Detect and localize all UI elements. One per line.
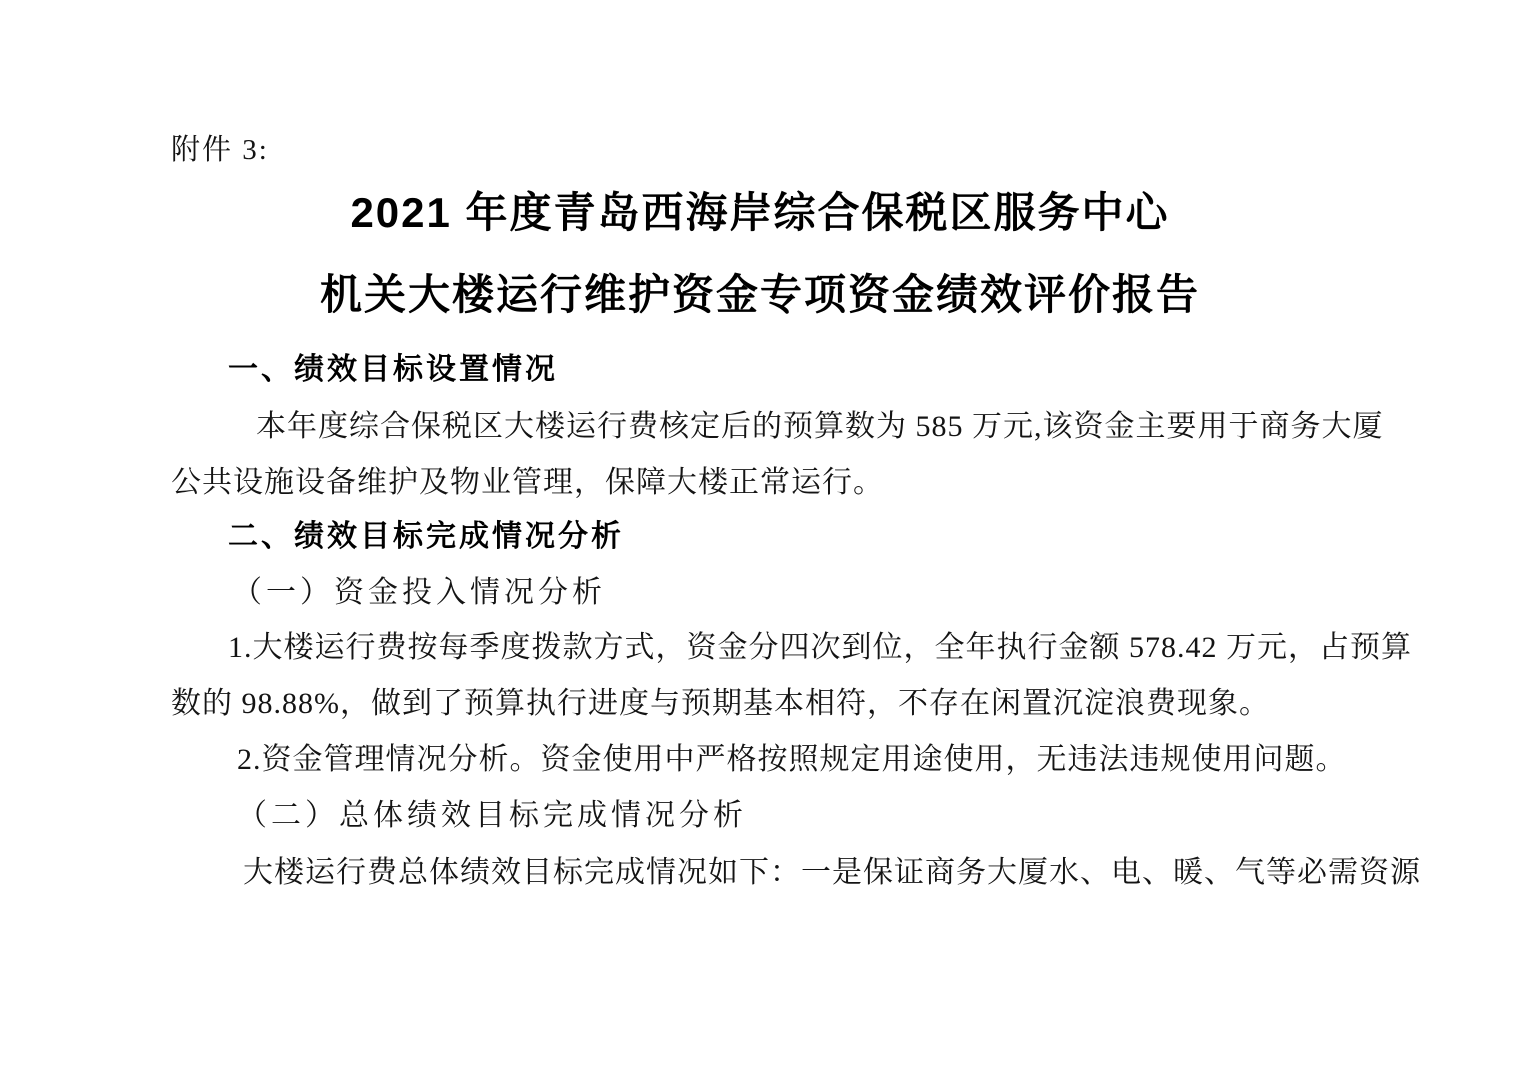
section1-heading: 一、绩效目标设置情况	[228, 352, 558, 388]
section2-subheading-1: （一）资金投入情况分析	[232, 575, 606, 611]
section2-item1-line-2: 数的 98.88%，做到了预算执行进度与预期基本相符，不存在闲置沉淀浪费现象。	[171, 686, 1270, 722]
section2-heading: 二、绩效目标完成情况分析	[228, 519, 624, 555]
document-title-line-2: 机关大楼运行维护资金专项资金绩效评价报告	[0, 270, 1520, 320]
section2-item2-line: 2.资金管理情况分析。资金使用中严格按照规定用途使用，无违法违规使用问题。	[237, 742, 1347, 778]
document-title-line-1: 2021 年度青岛西海岸综合保税区服务中心	[0, 188, 1520, 238]
section1-paragraph-line-2: 公共设施设备维护及物业管理，保障大楼正常运行。	[171, 465, 884, 501]
section1-paragraph-line-1: 本年度综合保税区大楼运行费核定后的预算数为 585 万元,该资金主要用于商务大厦	[256, 409, 1384, 445]
document-page: 附件 3: 2021 年度青岛西海岸综合保税区服务中心 机关大楼运行维护资金专项…	[0, 0, 1520, 1074]
section2-paragraph-line: 大楼运行费总体绩效目标完成情况如下：一是保证商务大厦水、电、暖、气等必需资源	[243, 855, 1421, 891]
section2-subheading-2: （二）总体绩效目标完成情况分析	[237, 798, 747, 834]
attachment-note: 附件 3:	[171, 133, 269, 168]
section2-item1-line-1: 1.大楼运行费按每季度拨款方式，资金分四次到位，全年执行金额 578.42 万元…	[228, 630, 1412, 666]
